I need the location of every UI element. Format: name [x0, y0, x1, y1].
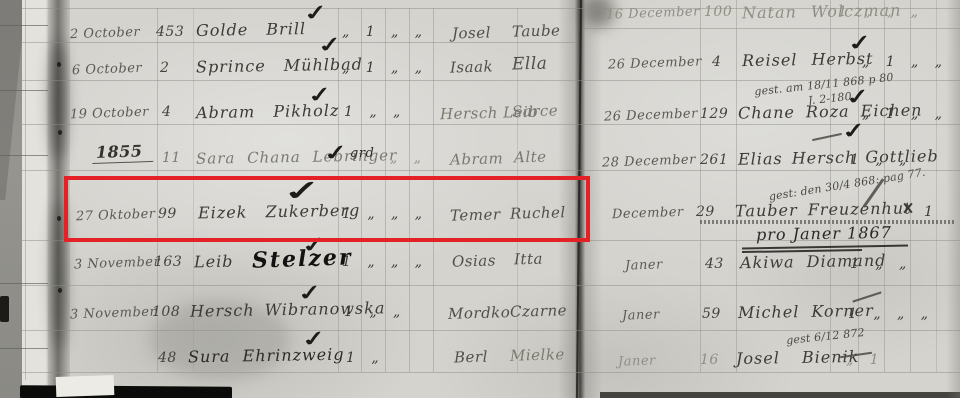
pencil-dash-1	[812, 133, 842, 141]
mother-name: Ella	[512, 54, 548, 75]
entry-number: 129	[700, 106, 728, 122]
tally-marks: 1 „ „ „	[848, 306, 929, 322]
entry-name: Golde Brill	[196, 19, 306, 40]
margin-tick-3	[0, 155, 48, 156]
entry-number: 108	[152, 304, 180, 320]
entry-number: 11	[162, 150, 181, 166]
entry-number: 453	[156, 24, 184, 40]
mother-name: Alte	[514, 148, 547, 167]
entry-name: Tauber Freuzenhut	[735, 198, 912, 220]
mother-name: Taube	[512, 21, 561, 40]
tally-marks: „ 1 „ „	[342, 60, 423, 76]
check-mark-icon: ✓	[840, 118, 868, 144]
entry-number: 29	[696, 204, 715, 220]
entry-number: 59	[702, 306, 721, 322]
rule-h9	[22, 372, 960, 373]
tally-marks: 1 „ „	[344, 104, 401, 120]
stitch-dot-4	[58, 288, 62, 293]
mother-name: Czarne	[510, 301, 567, 320]
margin-tick-2	[0, 90, 48, 91]
margin-tick-1	[0, 25, 48, 26]
entry-number: 261	[700, 152, 728, 168]
father-name: Mordko	[448, 303, 511, 323]
entry-name-first: Leib	[194, 252, 234, 272]
margin-tick-4	[0, 283, 48, 284]
mother-name: Sarce	[512, 101, 559, 120]
bottom-dark-strip	[600, 392, 960, 398]
illegible-small-script	[700, 220, 956, 224]
check-mark-icon: ✓	[846, 30, 874, 56]
entry-date: 16 December	[606, 4, 700, 22]
check-mark-icon: ✓	[302, 0, 330, 26]
bottom-white-patch	[56, 375, 115, 397]
entry-note: grd	[350, 146, 374, 161]
entry-date: Janer	[618, 353, 656, 369]
check-mark-icon: ✓	[306, 82, 334, 108]
margin-tick-5	[0, 348, 48, 349]
entry-date: 19 October	[70, 105, 149, 123]
entry-date: 3 November	[74, 255, 161, 273]
cross-mark-icon	[902, 202, 914, 214]
tally-marks: 1 „ „	[850, 152, 907, 168]
entry-number: 16	[700, 352, 719, 368]
rule-h2r	[584, 28, 960, 29]
entry-number: 4	[712, 54, 721, 70]
tally-marks: „ 1 „ „	[342, 24, 423, 40]
entry-date: 3 November	[70, 305, 157, 323]
entry-number: 100	[704, 4, 732, 20]
scanner-edge-mark	[0, 296, 9, 322]
check-mark-icon: ✓	[300, 326, 328, 352]
father-name: Josel	[452, 23, 491, 42]
rule-v-margin	[25, 0, 26, 380]
tally-marks: 1 „ „ „	[342, 254, 423, 270]
entry-number: 48	[158, 350, 177, 366]
tally-marks: „ 1 „ „	[862, 106, 943, 122]
tally-marks: 1 „	[346, 350, 379, 366]
entry-name: Elias Hersch Gottlieb	[738, 146, 939, 168]
entry-date: 26 December	[608, 54, 702, 72]
tally-marks: 1	[924, 204, 933, 220]
father-name: Osias	[452, 251, 496, 270]
rule-h4	[22, 124, 960, 125]
father-name: Berl	[454, 348, 488, 367]
stitch-dot-1	[57, 62, 61, 67]
entry-date: Janer	[622, 307, 660, 323]
father-name: Abram	[450, 149, 504, 168]
highlight-rectangle	[64, 176, 590, 242]
entry-number: 163	[154, 254, 182, 270]
binding-smudge-1	[50, 40, 66, 160]
mother-name: Mielke	[510, 345, 565, 364]
entry-name: Sprince Mühlbad	[196, 55, 363, 77]
bottom-black-bar	[20, 385, 232, 398]
rule-h5	[22, 170, 960, 171]
entry-date: 26 December	[604, 106, 698, 124]
mother-name: Itta	[514, 250, 543, 269]
check-mark-icon: ✓	[316, 32, 344, 58]
stitch-dot-2	[58, 130, 62, 135]
rule-h2	[22, 42, 576, 43]
tally-marks: 1 „ „	[344, 304, 401, 320]
check-mark-icon: ✓	[322, 140, 350, 166]
transfer-annotation: pro Janer 1867	[756, 223, 892, 244]
entry-number: 2	[160, 60, 169, 76]
entry-date: 6 October	[72, 61, 143, 78]
tally-marks: 1 „ „	[850, 256, 907, 272]
check-mark-icon: ✓	[296, 280, 324, 306]
entry-date: December	[612, 205, 684, 222]
entry-date: Janer	[625, 257, 663, 273]
father-name: Isaak	[450, 57, 494, 76]
stitch-dot-3	[57, 216, 61, 221]
rule-h7	[22, 285, 960, 286]
tally-marks: „ 1 „ „	[862, 54, 943, 70]
rule-v-r2	[736, 0, 737, 372]
entry-number: 4	[162, 104, 171, 120]
right-edge-shade	[946, 0, 960, 398]
entry-number: 43	[705, 256, 724, 272]
entry-date: 2 October	[70, 25, 141, 42]
tally-marks: „ „	[390, 150, 421, 166]
entry-date: 28 December	[602, 152, 696, 170]
year-heading: 1855	[92, 141, 153, 164]
register-scan: 2 October 453 Golde Brill ✓ „ 1 „ „ Jose…	[0, 0, 960, 398]
tally-marks: 1 „ „ „	[838, 4, 919, 20]
